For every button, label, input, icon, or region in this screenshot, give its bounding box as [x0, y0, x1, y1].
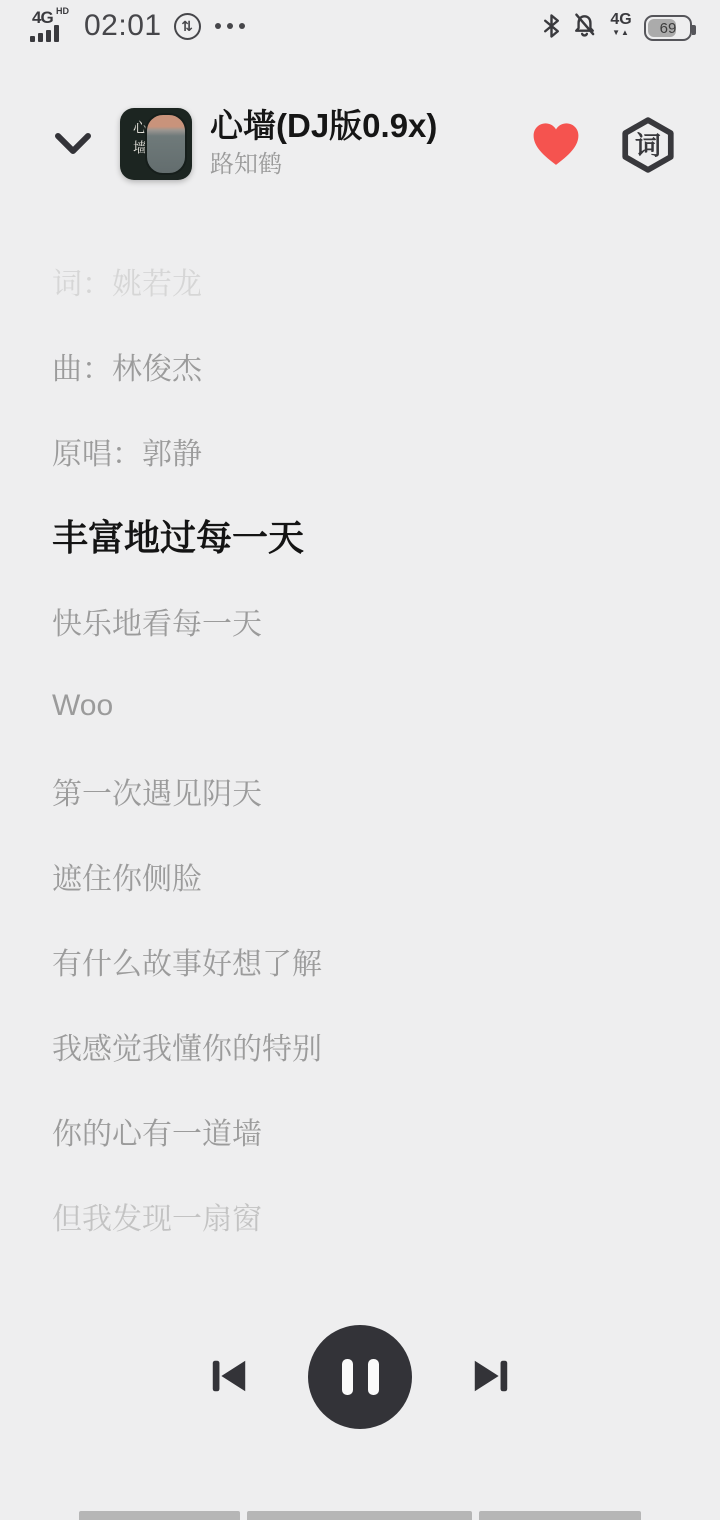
- pause-button[interactable]: [308, 1325, 412, 1429]
- signal-indicator: 4G HD: [28, 6, 76, 46]
- nav-bar-left[interactable]: [79, 1511, 240, 1520]
- lyric-line[interactable]: 词：姚若龙: [0, 238, 720, 323]
- song-meta: 心墙(DJ版0.9x) 路知鹤: [210, 105, 520, 181]
- next-track-icon: [470, 1353, 512, 1402]
- lyric-line[interactable]: 第一次遇见阴天: [0, 748, 720, 833]
- lyric-line[interactable]: 有什么故事好想了解: [0, 918, 720, 1003]
- collapse-player-button[interactable]: [52, 128, 94, 158]
- chevron-down-icon: [52, 145, 94, 162]
- previous-track-icon: [208, 1353, 250, 1402]
- player-header: 心墙 心墙(DJ版0.9x) 路知鹤 词: [0, 100, 720, 190]
- nav-bar-center[interactable]: [247, 1511, 472, 1520]
- network-speed-icon: ⇅: [174, 13, 201, 40]
- lyric-line[interactable]: 遮住你侧脸: [0, 833, 720, 918]
- status-bar: 4G HD 02:01 ⇅ 4G ▼▲ 69: [0, 0, 720, 60]
- lyric-line[interactable]: Woo: [0, 663, 720, 748]
- hexagon-lyrics-icon: 词: [619, 116, 677, 174]
- lyric-line[interactable]: 但我发现一扇窗: [0, 1173, 720, 1258]
- carrier-hd-label: HD: [56, 6, 69, 16]
- clock: 02:01: [84, 9, 162, 43]
- lyrics-badge-label: 词: [635, 131, 661, 160]
- battery-icon: 69: [644, 15, 692, 41]
- status-more-icon: [215, 23, 245, 29]
- previous-track-button[interactable]: [208, 1353, 250, 1402]
- data-updown-arrows-icon: ▼▲: [607, 29, 635, 37]
- lyric-line[interactable]: 曲：林俊杰: [0, 323, 720, 408]
- heart-icon: [531, 154, 581, 171]
- lyric-line[interactable]: 你的心有一道墙: [0, 1088, 720, 1173]
- lyric-line[interactable]: 我感觉我懂你的特别: [0, 1003, 720, 1088]
- status-left-cluster: 4G HD 02:01 ⇅: [28, 6, 245, 46]
- mobile-data-4g-label: 4G: [607, 11, 635, 29]
- mobile-data-indicator: 4G ▼▲: [607, 11, 635, 45]
- song-title: 心墙(DJ版0.9x): [210, 105, 520, 147]
- favorite-button[interactable]: [531, 120, 581, 168]
- battery-percent: 69: [646, 17, 690, 39]
- lyric-line-current[interactable]: 丰富地过每一天: [0, 493, 720, 578]
- next-track-button[interactable]: [470, 1353, 512, 1402]
- bottom-navigation: [0, 1511, 720, 1520]
- airplane-window-graphic: [145, 113, 187, 175]
- signal-bars-icon: [30, 25, 59, 42]
- pause-icon: [342, 1359, 353, 1395]
- song-artist: 路知鹤: [210, 149, 520, 181]
- lyrics-mode-button[interactable]: 词: [619, 116, 677, 174]
- lyric-line[interactable]: 原唱：郭静: [0, 408, 720, 493]
- lyrics-list: 词：姚若龙 曲：林俊杰 原唱：郭静 丰富地过每一天 快乐地看每一天 Woo 第一…: [0, 238, 720, 1258]
- album-art[interactable]: 心墙: [120, 108, 192, 180]
- nav-bar-right[interactable]: [479, 1511, 641, 1520]
- playback-controls: [0, 1325, 720, 1429]
- notifications-off-icon: [571, 12, 598, 45]
- lyric-line[interactable]: 快乐地看每一天: [0, 578, 720, 663]
- status-right-cluster: 4G ▼▲ 69: [541, 6, 692, 50]
- bluetooth-icon: [541, 12, 562, 45]
